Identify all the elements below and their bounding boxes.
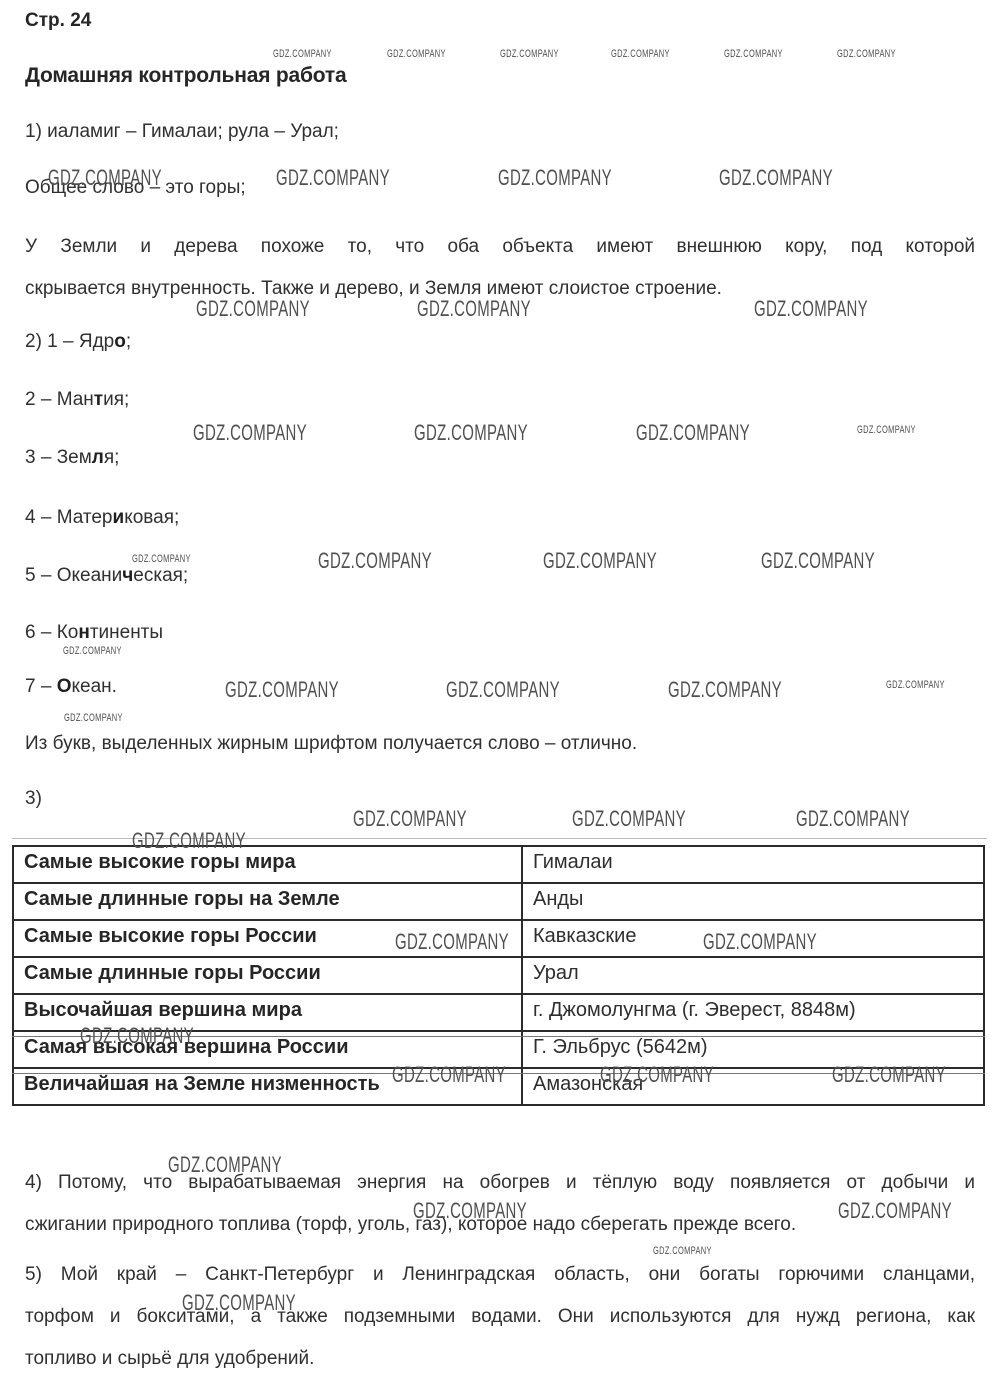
watermark-text: GDZ.COMPANY <box>446 677 560 703</box>
watermark-text: GDZ.COMPANY <box>761 548 875 574</box>
table-row: Высочайшая вершина мира г. Джомолунгма (… <box>13 994 984 1031</box>
watermark-text: GDZ.COMPANY <box>837 48 896 60</box>
watermark-text: GDZ.COMPANY <box>273 48 332 60</box>
item-text: 5 – Океани <box>25 565 122 586</box>
task2-note: Из букв, выделенных жирным шрифтом получ… <box>25 731 637 757</box>
item-text: ия; <box>103 389 129 410</box>
item-bold-letter: о <box>114 331 126 352</box>
table-value-cell: Урал <box>522 957 984 994</box>
watermark-text: GDZ.COMPANY <box>886 679 945 691</box>
table-label-cell: Самые высокие горы России <box>13 920 522 957</box>
watermark-text: GDZ.COMPANY <box>719 165 833 191</box>
item-text: кеан. <box>71 676 116 697</box>
table-row: Самые высокие горы мира Гималаи <box>13 846 984 883</box>
watermark-text: GDZ.COMPANY <box>318 548 432 574</box>
paragraph-line: сжигании природного топлива (торф, уголь… <box>25 1204 975 1246</box>
watermark-text: GDZ.COMPANY <box>193 420 307 446</box>
item-text: ; <box>126 331 131 352</box>
main-heading: Домашняя контрольная работа <box>25 64 346 88</box>
table-label-cell: Самые длинные горы России <box>13 957 522 994</box>
item-text: 2) 1 – Ядр <box>25 331 114 352</box>
page-number-title: Стр. 24 <box>25 10 91 32</box>
item-text: еская; <box>133 565 188 586</box>
table-label-cell: Высочайшая вершина мира <box>13 994 522 1031</box>
item-text: 6 – Ко <box>25 622 78 643</box>
document-page: { "page": { "title": "Стр. 24", "heading… <box>0 0 1000 1376</box>
item-text: 4 – Матер <box>25 507 113 528</box>
task3-table: Самые высокие горы мира Гималаи Самые дл… <box>12 845 985 1106</box>
item-text: ковая; <box>124 507 179 528</box>
table-label-cell: Самые длинные горы на Земле <box>13 883 522 920</box>
item-text: тиненты <box>90 622 163 643</box>
task2-item-7: 7 – Океан. <box>25 674 117 700</box>
table-row: Самые длинные горы России Урал <box>13 957 984 994</box>
task1-answer-line: 1) иаламиг – Гималаи; рула – Урал; <box>25 119 339 145</box>
task2-item-2: 2 – Мантия; <box>25 387 129 413</box>
item-bold-letter: л <box>92 447 104 468</box>
item-bold-letter: О <box>57 676 72 697</box>
task2-item-5: 5 – Океаническая; <box>25 563 188 589</box>
task4-paragraph: 4) Потому, что вырабатываемая энергия на… <box>25 1162 975 1246</box>
watermark-text: GDZ.COMPANY <box>636 420 750 446</box>
paragraph-line: 5) Мой край – Санкт-Петербург и Ленингра… <box>25 1254 975 1296</box>
table-scan-artifact-line <box>12 1036 985 1037</box>
table-value-cell: Анды <box>522 883 984 920</box>
watermark-text: GDZ.COMPANY <box>572 806 686 832</box>
watermark-text: GDZ.COMPANY <box>500 48 559 60</box>
watermark-text: GDZ.COMPANY <box>543 548 657 574</box>
watermark-text: GDZ.COMPANY <box>668 677 782 703</box>
task2-item-6: 6 – Континенты <box>25 620 163 646</box>
task2-item-3: 3 – Земля; <box>25 445 119 471</box>
item-bold-letter: н <box>78 622 89 643</box>
watermark-text: GDZ.COMPANY <box>64 712 123 724</box>
item-bold-letter: ч <box>122 565 133 586</box>
table-scan-artifact-line <box>12 838 987 839</box>
watermark-text: GDZ.COMPANY <box>724 48 783 60</box>
table-label-cell: Самые высокие горы мира <box>13 846 522 883</box>
watermark-text: GDZ.COMPANY <box>353 806 467 832</box>
table-value-cell: Кавказские <box>522 920 984 957</box>
task2-item-4: 4 – Материковая; <box>25 505 179 531</box>
item-text: 2 – Ман <box>25 389 94 410</box>
watermark-text: GDZ.COMPANY <box>225 677 339 703</box>
table-row: Самые высокие горы России Кавказские <box>13 920 984 957</box>
watermark-text: GDZ.COMPANY <box>387 48 446 60</box>
watermark-text: GDZ.COMPANY <box>611 48 670 60</box>
watermark-text: GDZ.COMPANY <box>796 806 910 832</box>
paragraph-line: У Земли и дерева похоже то, что оба объе… <box>25 226 975 268</box>
watermark-text: GDZ.COMPANY <box>414 420 528 446</box>
item-text: 3 – Зем <box>25 447 92 468</box>
item-bold-letter: и <box>113 507 125 528</box>
table-row: Самые длинные горы на Земле Анды <box>13 883 984 920</box>
paragraph-line: скрывается внутренность. Также и дерево,… <box>25 268 975 310</box>
task1-common-word-line: Общее слово – это горы; <box>25 175 246 201</box>
task1-paragraph: У Земли и дерева похоже то, что оба объе… <box>25 226 975 310</box>
paragraph-line: торфом и бокситами, а также подземными в… <box>25 1296 975 1338</box>
watermark-text: GDZ.COMPANY <box>857 424 916 436</box>
task5-paragraph: 5) Мой край – Санкт-Петербург и Ленингра… <box>25 1254 975 1376</box>
table-value-cell: г. Джомолунгма (г. Эверест, 8848м) <box>522 994 984 1031</box>
paragraph-line: топливо и сырьё для удобрений. <box>25 1338 975 1376</box>
watermark-text: GDZ.COMPANY <box>498 165 612 191</box>
table-value-cell: Гималаи <box>522 846 984 883</box>
watermark-text: GDZ.COMPANY <box>63 645 122 657</box>
table-scan-artifact-line <box>12 1073 985 1074</box>
task2-item-1: 2) 1 – Ядро; <box>25 329 131 355</box>
watermark-text: GDZ.COMPANY <box>276 165 390 191</box>
item-text: я; <box>104 447 120 468</box>
task3-label: 3) <box>25 786 42 812</box>
item-bold-letter: т <box>94 389 103 410</box>
paragraph-line: 4) Потому, что вырабатываемая энергия на… <box>25 1162 975 1204</box>
item-text: 7 – <box>25 676 57 697</box>
